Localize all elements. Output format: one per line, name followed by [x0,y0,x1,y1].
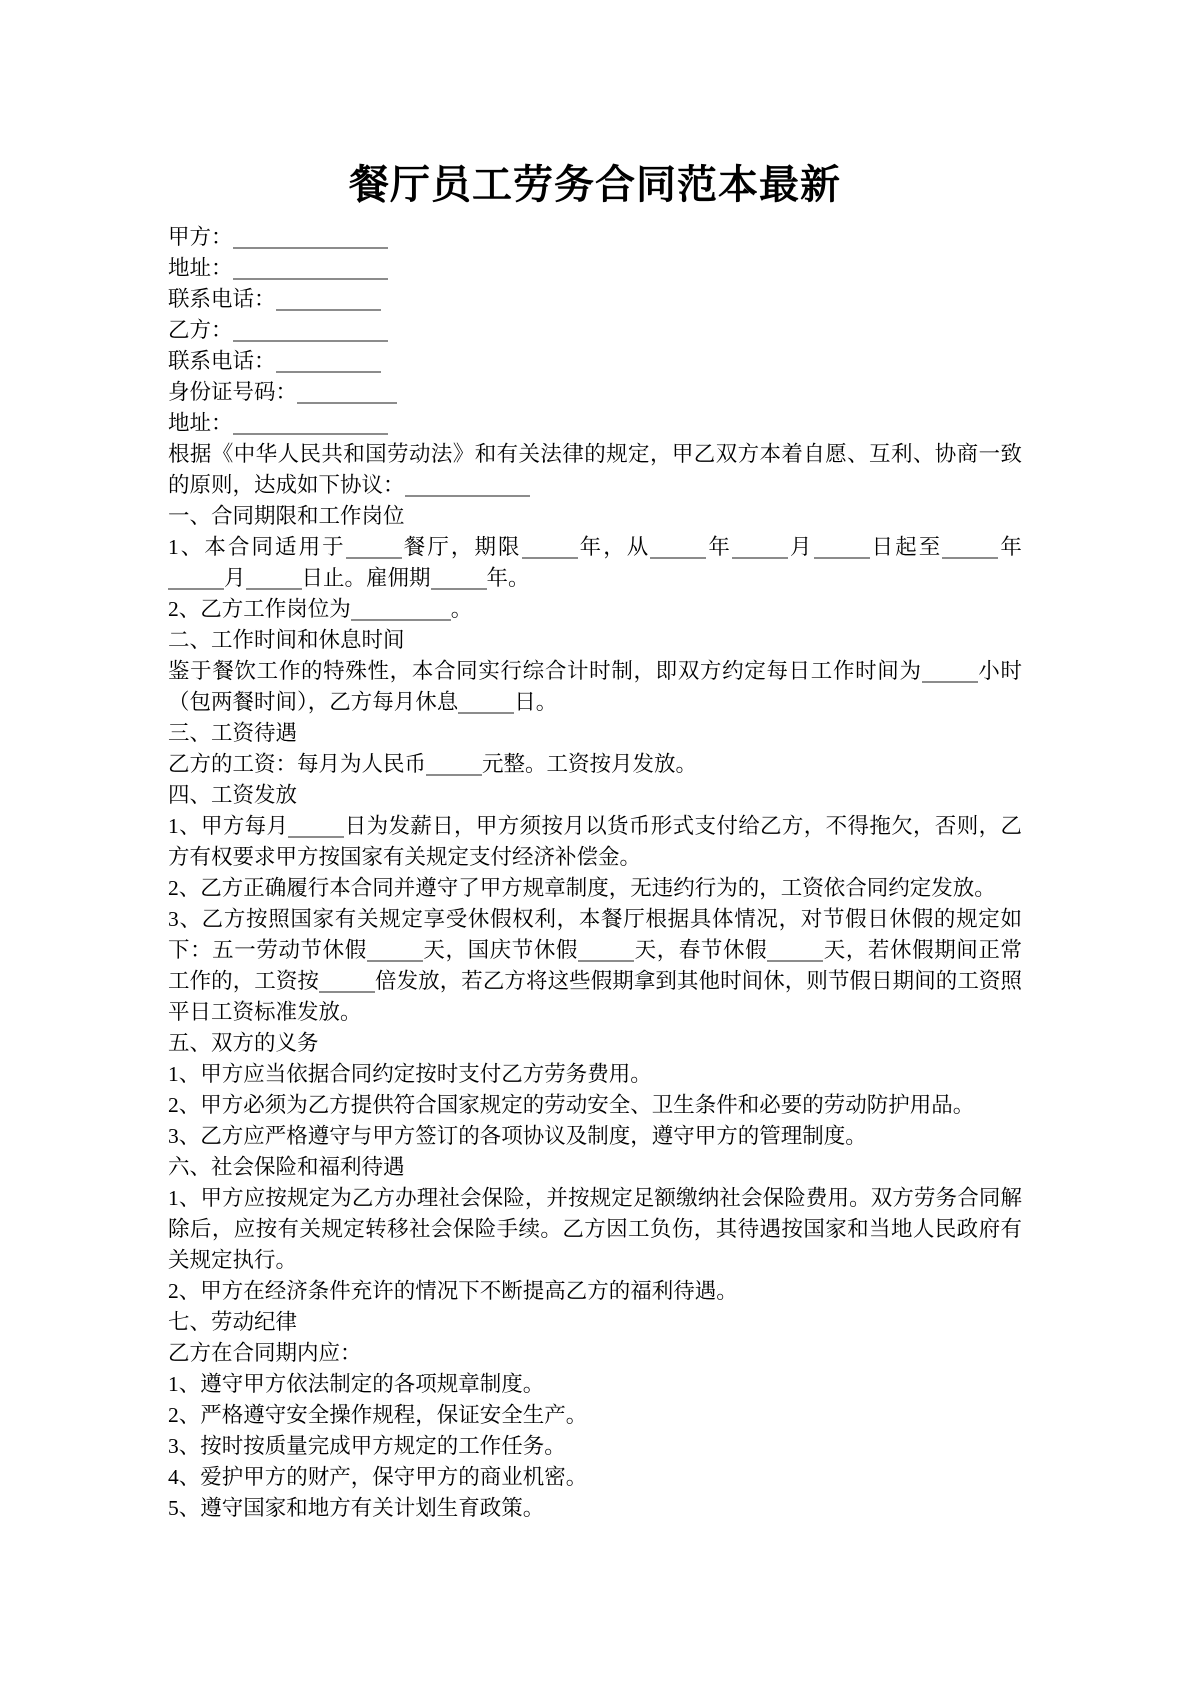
field-phone-b: 联系电话： [168,346,1022,377]
clause-7-intro: 乙方在合同期内应： [168,1338,1022,1369]
text-run: 月 [224,566,246,590]
text-run: 一、合同期限和工作岗位 [168,504,405,528]
text-run: 鉴于餐饮工作的特殊性，本合同实行综合计时制，即双方约定每日工作时间为 [168,659,922,683]
clause-5-3: 3、乙方应严格遵守与甲方签订的各项协议及制度，遵守甲方的管理制度。 [168,1121,1022,1152]
text-run: 2、乙方正确履行本合同并遵守了甲方规章制度，无违约行为的，工资依合同约定发放。 [168,876,996,900]
document-body: 甲方：地址：联系电话：乙方：联系电话：身份证号码：地址：根据《中华人民共和国劳动… [168,222,1022,1524]
text-run: 2、甲方在经济条件充许的情况下不断提高乙方的福利待遇。 [168,1279,738,1303]
text-run: 年 [706,535,732,559]
blank-field [942,538,998,559]
blank-field [246,569,302,590]
text-run: 乙方的工资：每月为人民币 [168,752,426,776]
clause-6-2: 2、甲方在经济条件充许的情况下不断提高乙方的福利待遇。 [168,1276,1022,1307]
clause-4-3: 3、乙方按照国家有关规定享受休假权利，本餐厅根据具体情况，对节假日休假的规定如下… [168,904,1022,1028]
clause-3-1: 乙方的工资：每月为人民币元整。工资按月发放。 [168,749,1022,780]
blank-field [767,941,823,962]
blank-field [346,538,402,559]
text-run: 年。 [487,566,530,590]
text-run: 乙方在合同期内应： [168,1341,362,1365]
blank-field [367,941,423,962]
blank-field [351,600,451,621]
blank-field [922,662,978,683]
text-run: 三、工资待遇 [168,721,297,745]
blank-field [458,693,514,714]
text-run: 身份证号码： [168,380,297,404]
clause-7-5: 5、遵守国家和地方有关计划生育政策。 [168,1493,1022,1524]
text-run: 地址： [168,411,233,435]
blank-field [233,414,388,435]
blank-field [288,817,344,838]
clause-6-1: 1、甲方应按规定为乙方办理社会保险，并按规定足额缴纳社会保险费用。双方劳务合同解… [168,1183,1022,1276]
field-party-a: 甲方： [168,222,1022,253]
clause-4-1: 1、甲方每月日为发薪日，甲方须按月以货币形式支付给乙方，不得拖欠，否则，乙方有权… [168,811,1022,873]
text-run: 日止。雇佣期 [302,566,431,590]
clause-1-1: 1、本合同适用于餐厅，期限年，从年月日起至年月日止。雇佣期年。 [168,532,1022,594]
text-run: 1、甲方应按规定为乙方办理社会保险，并按规定足额缴纳社会保险费用。双方劳务合同解… [168,1186,1022,1272]
blank-field [319,972,375,993]
text-run: 天，春节休假 [634,938,767,962]
clause-1-2: 2、乙方工作岗位为。 [168,594,1022,625]
text-run: 五、双方的义务 [168,1031,319,1055]
clause-7-2: 2、严格遵守安全操作规程，保证安全生产。 [168,1400,1022,1431]
text-run: 5、遵守国家和地方有关计划生育政策。 [168,1496,544,1520]
section-3-heading: 三、工资待遇 [168,718,1022,749]
text-run: 甲方： [168,225,233,249]
text-run: 餐厅，期限 [402,535,522,559]
text-run: 联系电话： [168,349,276,373]
clause-5-1: 1、甲方应当依据合同约定按时支付乙方劳务费用。 [168,1059,1022,1090]
field-id-number: 身份证号码： [168,377,1022,408]
text-run: 3、乙方应严格遵守与甲方签订的各项协议及制度，遵守甲方的管理制度。 [168,1124,867,1148]
text-run: 日。 [514,690,557,714]
section-7-heading: 七、劳动纪律 [168,1307,1022,1338]
text-run: 2、乙方工作岗位为 [168,597,351,621]
text-run: 2、严格遵守安全操作规程，保证安全生产。 [168,1403,587,1427]
blank-field [426,755,482,776]
field-phone-a: 联系电话： [168,284,1022,315]
text-run: 1、甲方每月 [168,814,288,838]
text-run: 2、甲方必须为乙方提供符合国家规定的劳动安全、卫生条件和必要的劳动防护用品。 [168,1093,974,1117]
section-4-heading: 四、工资发放 [168,780,1022,811]
field-address-a: 地址： [168,253,1022,284]
blank-field [814,538,870,559]
clause-7-1: 1、遵守甲方依法制定的各项规章制度。 [168,1369,1022,1400]
document-title: 餐厅员工劳务合同范本最新 [168,158,1022,212]
text-run: 1、遵守甲方依法制定的各项规章制度。 [168,1372,544,1396]
text-run: 4、爱护甲方的财产，保守甲方的商业机密。 [168,1465,587,1489]
text-run: 月 [788,535,814,559]
text-run: 四、工资发放 [168,783,297,807]
text-run: 乙方： [168,318,233,342]
blank-field [233,228,388,249]
blank-field [168,569,224,590]
blank-field [732,538,788,559]
blank-field [297,383,397,404]
text-run: 六、社会保险和福利待遇 [168,1155,405,1179]
text-run: 地址： [168,256,233,280]
text-run: 日起至 [870,535,943,559]
text-run: 年 [998,535,1022,559]
text-run: 3、按时按质量完成甲方规定的工作任务。 [168,1434,566,1458]
text-run: 七、劳动纪律 [168,1310,297,1334]
text-run: 。 [451,597,473,621]
blank-field [522,538,578,559]
clause-7-4: 4、爱护甲方的财产，保守甲方的商业机密。 [168,1462,1022,1493]
blank-field [405,476,530,497]
clause-4-2: 2、乙方正确履行本合同并遵守了甲方规章制度，无违约行为的，工资依合同约定发放。 [168,873,1022,904]
field-address-b: 地址： [168,408,1022,439]
section-6-heading: 六、社会保险和福利待遇 [168,1152,1022,1183]
preamble: 根据《中华人民共和国劳动法》和有关法律的规定，甲乙双方本着自愿、互利、协商一致的… [168,439,1022,501]
contract-page: 餐厅员工劳务合同范本最新 甲方：地址：联系电话：乙方：联系电话：身份证号码：地址… [0,0,1190,1683]
field-party-b: 乙方： [168,315,1022,346]
text-run: 1、甲方应当依据合同约定按时支付乙方劳务费用。 [168,1062,652,1086]
clause-5-2: 2、甲方必须为乙方提供符合国家规定的劳动安全、卫生条件和必要的劳动防护用品。 [168,1090,1022,1121]
section-5-heading: 五、双方的义务 [168,1028,1022,1059]
text-run: 联系电话： [168,287,276,311]
blank-field [276,352,381,373]
blank-field [233,259,388,280]
blank-field [650,538,706,559]
blank-field [233,321,388,342]
section-1-heading: 一、合同期限和工作岗位 [168,501,1022,532]
clause-7-3: 3、按时按质量完成甲方规定的工作任务。 [168,1431,1022,1462]
text-run: 天，国庆节休假 [423,938,578,962]
text-run: 二、工作时间和休息时间 [168,628,405,652]
text-run: 根据《中华人民共和国劳动法》和有关法律的规定，甲乙双方本着自愿、互利、协商一致的… [168,442,1022,497]
blank-field [431,569,487,590]
text-run: 年，从 [578,535,651,559]
blank-field [578,941,634,962]
text-run: 元整。工资按月发放。 [482,752,697,776]
clause-2-1: 鉴于餐饮工作的特殊性，本合同实行综合计时制，即双方约定每日工作时间为小时（包两餐… [168,656,1022,718]
blank-field [276,290,381,311]
text-run: 1、本合同适用于 [168,535,346,559]
section-2-heading: 二、工作时间和休息时间 [168,625,1022,656]
